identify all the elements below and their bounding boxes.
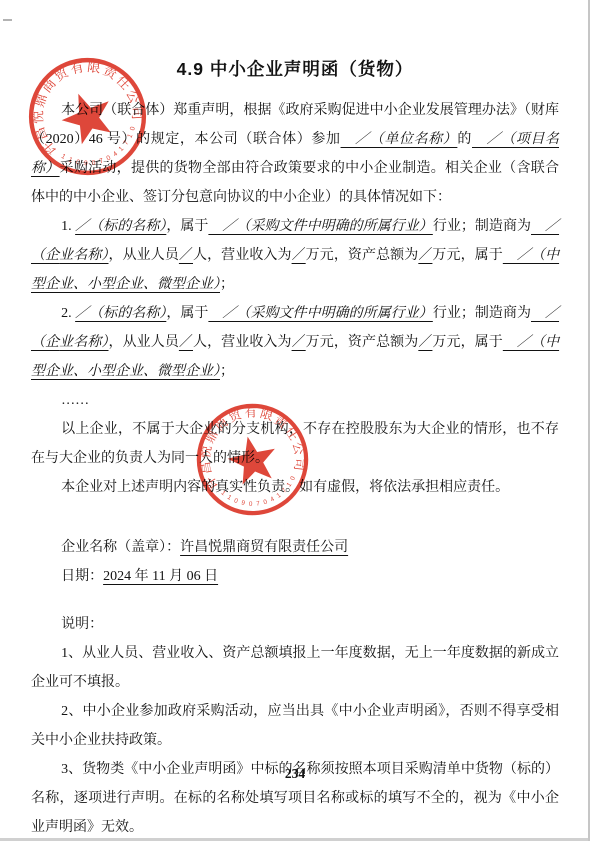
document-body: 4.9 中小企业声明函（货物） 本公司（联合体）郑重声明，根据《政府采购促进中小… (31, 48, 559, 841)
page-number: 234 (0, 766, 590, 782)
text-run: 许昌悦鼎商贸有限责任公司 (180, 540, 348, 555)
text-run: 业名称） (59, 248, 108, 263)
note-2: 2、中小企业参加政府采购活动，应当出具《中小企业声明函》，否则不得享受相关中小企… (31, 697, 559, 755)
text-run: 万元，属于 (432, 248, 502, 263)
document-page: 4.9 中小企业声明函（货物） 本公司（联合体）郑重声明，根据《政府采购促进中小… (0, 0, 590, 841)
text-run: 2024 年 11 月 06 日 (103, 569, 218, 584)
text-run: ／ (179, 335, 193, 350)
text-run: ／（单位名称） (341, 132, 458, 147)
signature-company-line: 企业名称（盖章）：许昌悦鼎商贸有限责任公司 (31, 533, 559, 562)
text-run: 行业；制造商为 (433, 219, 531, 234)
text-run: …… (61, 393, 89, 408)
text-run: 人，营业收入为 (193, 248, 292, 263)
text-run: 的 (457, 132, 472, 147)
text-run: ； (220, 364, 234, 379)
paragraph-responsibility-clause: 本企业对上述声明内容的真实性负责。如有虚假，将依法承担相应责任。 (31, 473, 559, 502)
text-run: 日期： (61, 569, 103, 584)
paragraph-item-1: 1. ／（标的名称），属于 ／（采购文件中明确的所属行业）行业；制造商为 ／（企… (31, 212, 559, 299)
text-run: ； (220, 277, 234, 292)
text-run: 采购活动，提供的货物全部由符合政策要求的中小企业制造。相关企业（含联合体中的中小… (31, 161, 559, 205)
paragraph-branch-clause: 以上企业，不属于大企业的分支机构，不存在控股股东为大企业的情形，也不存在与大企业… (31, 415, 559, 473)
paragraph-item-2: 2. ／（标的名称），属于 ／（采购文件中明确的所属行业）行业；制造商为 ／（企… (31, 299, 559, 386)
text-run: 万元，资产总额为 (306, 248, 419, 263)
text-run: ／（标的名称） (75, 219, 166, 234)
page-title: 4.9 中小企业声明函（货物） (31, 56, 559, 81)
text-run: ／ (292, 248, 306, 263)
text-run: ，从业人员 (109, 335, 179, 350)
text-run: 本企业对上述声明内容的真实性负责。如有虚假，将依法承担相应责任。 (61, 480, 509, 495)
text-run: 1. (61, 219, 75, 234)
text-run: 人，营业收入为 (193, 335, 292, 350)
text-run: ／（采购文件中明确的所属行业） (208, 219, 432, 234)
text-run: 企业名称（盖章）： (61, 540, 180, 555)
notes-heading: 说明： (31, 610, 559, 639)
text-run: ／ (418, 248, 432, 263)
text-run: ，属于 (166, 306, 208, 321)
text-run: 万元，资产总额为 (306, 335, 419, 350)
text-run: 2、中小企业参加政府采购活动，应当出具《中小企业声明函》，否则不得享受相关中小企… (31, 704, 559, 748)
paragraph-intro: 本公司（联合体）郑重声明，根据《政府采购促进中小企业发展管理办法》（财库（202… (31, 96, 559, 212)
text-run: 2. (61, 306, 75, 321)
text-run: ，属于 (166, 219, 208, 234)
text-run: ／ (418, 335, 432, 350)
text-run: 行业；制造商为 (433, 306, 531, 321)
text-run: 1、从业人员、营业收入、资产总额填报上一年度数据，无上一年度数据的新成立企业可不… (31, 646, 559, 690)
text-run: 以上企业，不属于大企业的分支机构，不存在控股股东为大企业的情形，也不存在与大企业… (31, 422, 559, 466)
scan-artifact-dash (3, 19, 12, 21)
text-run: 说明： (61, 617, 103, 632)
text-run: 万元，属于 (432, 335, 502, 350)
note-1: 1、从业人员、营业收入、资产总额填报上一年度数据，无上一年度数据的新成立企业可不… (31, 639, 559, 697)
text-run: 业名称） (59, 335, 108, 350)
signature-date-line: 日期：2024 年 11 月 06 日 (31, 562, 559, 591)
text-run: ／ (179, 248, 193, 263)
text-run: ，从业人员 (109, 248, 179, 263)
text-run: ／ (292, 335, 306, 350)
paragraph-ellipsis: …… (31, 386, 559, 415)
text-run: ／（标的名称） (75, 306, 166, 321)
text-run: ／（采购文件中明确的所属行业） (208, 306, 432, 321)
